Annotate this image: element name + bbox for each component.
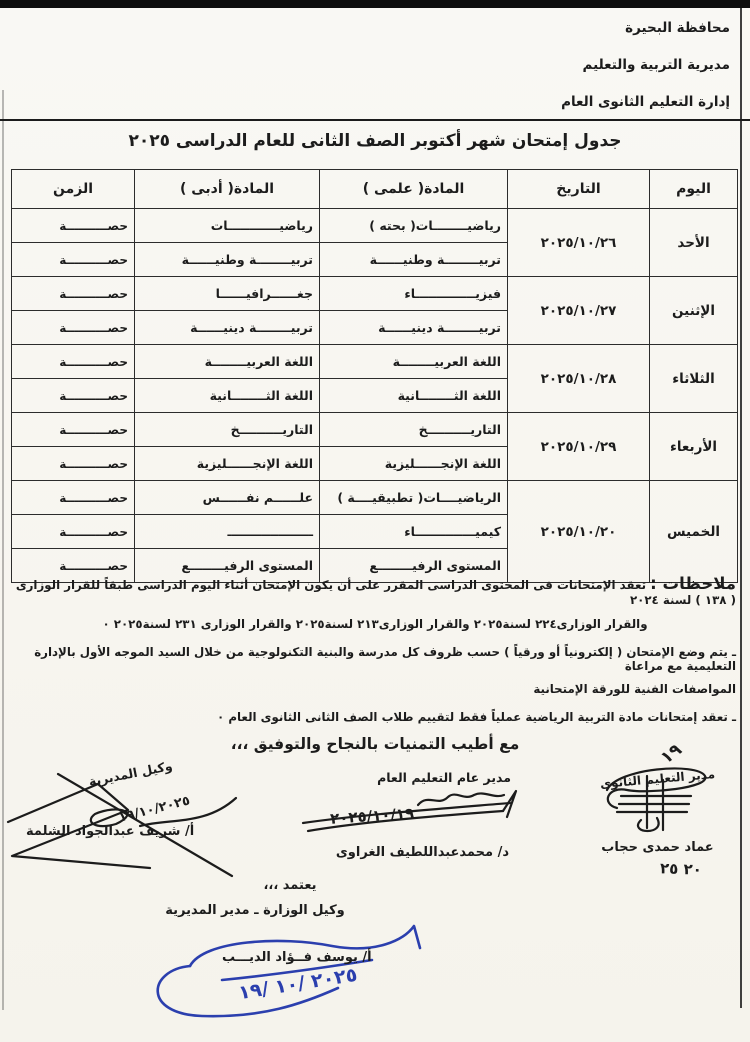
col-header-subject-literary: المادة( أدبى )	[135, 170, 320, 209]
date-cell: ٢٠٢٥/١٠/٢٨	[508, 345, 650, 413]
time-cell: حصــــــــــة	[12, 447, 135, 481]
time-cell: حصــــــــــة	[12, 379, 135, 413]
note-3: ـ تعقد إمتحانات مادة التربية الرياضية عم…	[14, 710, 736, 724]
day-cell: الخميس	[650, 481, 738, 583]
subject-lit-cell: اللغة العربيــــــــة	[135, 345, 320, 379]
note-2: ـ يتم وضع الإمتحان ( إلكترونياً أو ورقيا…	[14, 645, 736, 673]
subject-lit-cell: ــــــــــــــــــــ	[135, 515, 320, 549]
signer-name: عماد حمدى حجاب	[575, 840, 740, 855]
date-cell: ٢٠٢٥/١٠/٢٠	[508, 481, 650, 583]
approval-word: يعتمد ،،،	[225, 878, 355, 893]
letterhead-directorate: مديرية التربية والتعليم	[561, 57, 730, 73]
time-cell: حصــــــــــة	[12, 209, 135, 243]
subject-lit-cell: علــــــم نفــــــس	[135, 481, 320, 515]
subject-lit-cell: تربيــــــــة دينيــــــة	[135, 311, 320, 345]
table-row: الثلاثاء ٢٠٢٥/١٠/٢٨ اللغة العربيــــــــ…	[12, 345, 738, 379]
time-cell: حصــــــــــة	[12, 311, 135, 345]
subject-sci-cell: الرياضيــــات( تطبيقيــــة )	[320, 481, 508, 515]
subject-lit-cell: جغــــــرافيــــــا	[135, 277, 320, 311]
subject-sci-cell: اللغة الإنجــــــليزية	[320, 447, 508, 481]
scanned-exam-schedule-document: { "colors": {"ink": "#1c1c1c", "blue_ink…	[0, 0, 750, 1042]
subject-sci-cell: كيميــــــــــــــاء	[320, 515, 508, 549]
subject-sci-cell: رياضيــــــــات( بحته )	[320, 209, 508, 243]
subject-lit-cell: رياضيــــــــــــات	[135, 209, 320, 243]
handwritten-year: ٢٠ ٢٥	[660, 859, 702, 878]
table-row: الخميس ٢٠٢٥/١٠/٢٠ الرياضيــــات( تطبيقيـ…	[12, 481, 738, 515]
date-cell: ٢٠٢٥/١٠/٢٩	[508, 413, 650, 481]
signer-name: أ/ يوسف فــؤاد الديـــب	[222, 950, 372, 965]
signer-title: وكيل الوزارة ـ مدير المديرية	[155, 903, 355, 918]
table-row: الأربعاء ٢٠٢٥/١٠/٢٩ التاريــــــــــخ ال…	[12, 413, 738, 447]
col-header-subject-scientific: المادة( علمى )	[320, 170, 508, 209]
note-2-continued: المواصفات الفنية للورقة الإمتحانية	[14, 682, 736, 696]
signature-scribble-icon	[585, 758, 730, 838]
notes-section: ملاحظات : تعقد الإمتحانات فى المحتوى الد…	[14, 574, 736, 724]
signature-block-undersecretary: يعتمد ،،، وكيل الوزارة ـ مدير المديرية أ…	[130, 878, 450, 1038]
day-cell: الأحد	[650, 209, 738, 277]
header-divider-line	[0, 119, 750, 121]
exam-schedule-table: اليوم التاريخ المادة( علمى ) المادة( أدب…	[11, 169, 738, 583]
time-cell: حصــــــــــة	[12, 515, 135, 549]
document-title: جدول إمتحان شهر أكتوبر الصف الثانى للعام…	[0, 131, 750, 151]
signer-name: أ/ شريف عبدالجواد الشلمة	[26, 824, 194, 839]
day-cell: الأربعاء	[650, 413, 738, 481]
time-cell: حصــــــــــة	[12, 413, 135, 447]
subject-sci-cell: التاريــــــــــخ	[320, 413, 508, 447]
signer-name: د/ محمدعبداللطيف الغراوى	[336, 845, 509, 860]
letterhead: محافظة البحيرة مديرية التربية والتعليم إ…	[561, 20, 730, 131]
col-header-time: الزمن	[12, 170, 135, 209]
subject-lit-cell: اللغة الثــــــــانية	[135, 379, 320, 413]
table-row: الأحد ٢٠٢٥/١٠/٢٦ رياضيــــــــات( بحته )…	[12, 209, 738, 243]
col-header-day: اليوم	[650, 170, 738, 209]
subject-sci-cell: تربيــــــــة وطنيــــــة	[320, 243, 508, 277]
table-header-row: اليوم التاريخ المادة( علمى ) المادة( أدب…	[12, 170, 738, 209]
notes-label: ملاحظات :	[650, 574, 736, 593]
subject-sci-cell: اللغة العربيــــــــة	[320, 345, 508, 379]
day-cell: الثلاثاء	[650, 345, 738, 413]
letterhead-governorate: محافظة البحيرة	[561, 20, 730, 36]
signature-block-general-director: مدير عام التعليم العام ٢٠٢٥/١٠/١٩ د/ محم…	[298, 765, 523, 870]
note-1: ملاحظات : تعقد الإمتحانات فى المحتوى الد…	[14, 574, 736, 607]
subject-sci-cell: فيزيــــــــــــــاء	[320, 277, 508, 311]
signature-block-directorate-deputy: وكيل المديرية ١٩/١٠/٢٠٢٥ أ/ شريف عبدالجو…	[0, 758, 240, 883]
time-cell: حصــــــــــة	[12, 481, 135, 515]
signature-block-secondary-director: ١٩ مدير التعليم الثانوى عماد حمدى حجاب ٢…	[572, 748, 742, 883]
signer-title: مدير عام التعليم العام	[377, 770, 511, 785]
subject-lit-cell: تربيــــــــة وطنيــــــة	[135, 243, 320, 277]
time-cell: حصــــــــــة	[12, 277, 135, 311]
time-cell: حصــــــــــة	[12, 243, 135, 277]
subject-sci-cell: اللغة الثــــــــانية	[320, 379, 508, 413]
note-1-text: تعقد الإمتحانات فى المحتوى الدراسى المقر…	[16, 578, 736, 607]
note-1-continued: والقرار الوزارى٢٢٤ لسنة٢٠٢٥ والقرار الوز…	[14, 617, 736, 631]
letterhead-administration: إدارة التعليم الثانوى العام	[561, 94, 730, 110]
date-cell: ٢٠٢٥/١٠/٢٧	[508, 277, 650, 345]
table-row: الإثنين ٢٠٢٥/١٠/٢٧ فيزيــــــــــــــاء …	[12, 277, 738, 311]
subject-sci-cell: تربيــــــــة دينيــــــة	[320, 311, 508, 345]
scan-top-edge	[0, 0, 750, 8]
col-header-date: التاريخ	[508, 170, 650, 209]
day-cell: الإثنين	[650, 277, 738, 345]
date-cell: ٢٠٢٥/١٠/٢٦	[508, 209, 650, 277]
time-cell: حصــــــــــة	[12, 345, 135, 379]
subject-lit-cell: التاريــــــــــخ	[135, 413, 320, 447]
subject-lit-cell: اللغة الإنجــــــليزية	[135, 447, 320, 481]
